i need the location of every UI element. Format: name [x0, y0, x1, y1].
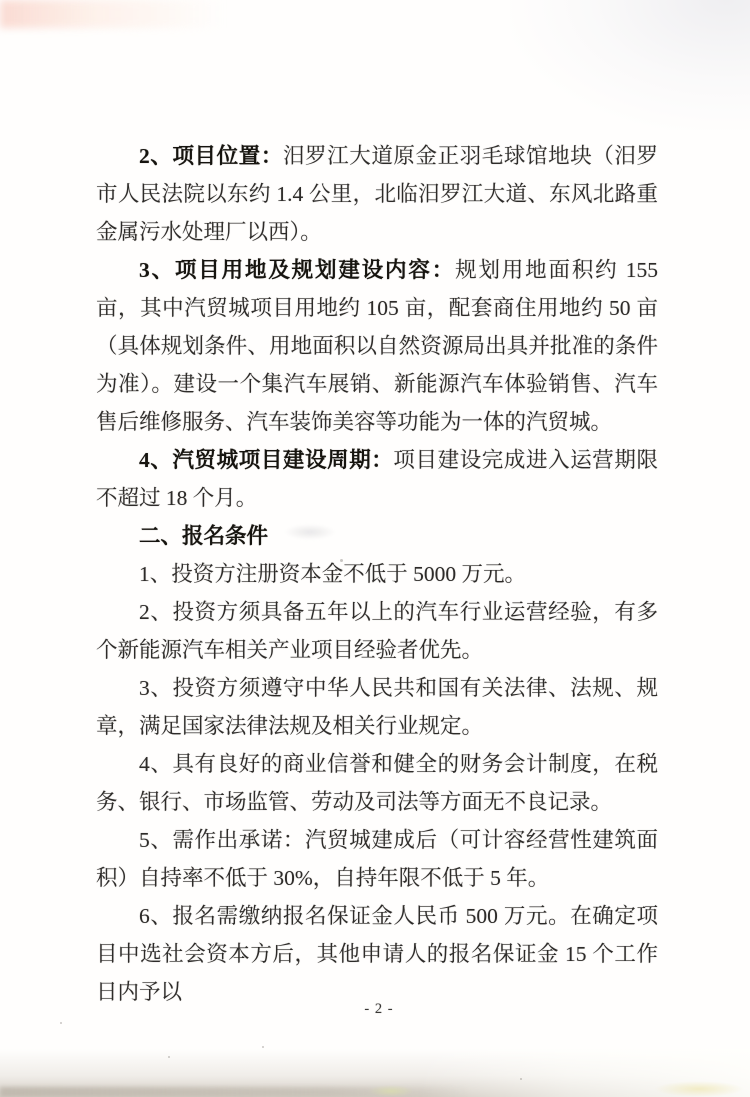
- para-lead-bold: 3、项目用地及规划建设内容：: [139, 258, 455, 282]
- condition-6: 6、报名需缴纳报名保证金人民币 500 万元。在确定项目中选社会资本方后，其他申…: [96, 897, 658, 1011]
- scan-speckle: [60, 1022, 62, 1024]
- heading-registration-conditions: 二、报名条件: [96, 517, 658, 555]
- para-text: 4、具有良好的商业信誉和健全的财务会计制度，在税务、银行、市场监管、劳动及司法等…: [96, 752, 658, 814]
- scan-artifact-top-left-pink: [0, 0, 235, 28]
- para-text: 6、报名需缴纳报名保证金人民币 500 万元。在确定项目中选社会资本方后，其他申…: [96, 904, 658, 1004]
- para-text: 规划用地面积约 155 亩，其中汽贸城项目用地约 105 亩，配套商住用地约 5…: [96, 258, 658, 434]
- condition-1: 1、投资方注册资本金不低于 5000 万元。: [96, 555, 658, 593]
- scan-artifact-top-right-gray: [510, 0, 750, 130]
- scan-stain-bottom-center: [368, 1085, 414, 1097]
- scan-speckle: [262, 1046, 264, 1048]
- scanned-document-page: 2、项目位置：汨罗江大道原金正羽毛球馆地块（汨罗市人民法院以东约 1.4 公里，…: [0, 0, 750, 1097]
- para-text: 3、投资方须遵守中华人民共和国有关法律、法规、规章，满足国家法律法规及相关行业规…: [96, 676, 658, 738]
- para-lead-bold: 4、汽贸城项目建设周期：: [139, 448, 393, 472]
- para-text: 5、需作出承诺：汽贸城建成后（可计容经营性建筑面积）自持率不低于 30%，自持年…: [96, 828, 658, 890]
- page-number: - 2 -: [364, 1001, 393, 1017]
- scan-speckle: [168, 1056, 170, 1058]
- section-heading-bold: 二、报名条件: [139, 524, 268, 548]
- para-project-location: 2、项目位置：汨罗江大道原金正羽毛球馆地块（汨罗市人民法院以东约 1.4 公里，…: [96, 137, 658, 251]
- page-footer: - 2 -: [0, 1001, 750, 1018]
- para-land-and-construction: 3、项目用地及规划建设内容：规划用地面积约 155 亩，其中汽贸城项目用地约 1…: [96, 251, 658, 441]
- condition-2: 2、投资方须具备五年以上的汽车行业运营经验，有多个新能源汽车相关产业项目经验者优…: [96, 593, 658, 669]
- condition-5: 5、需作出承诺：汽贸城建成后（可计容经营性建筑面积）自持率不低于 30%，自持年…: [96, 821, 658, 897]
- document-body: 2、项目位置：汨罗江大道原金正羽毛球馆地块（汨罗市人民法院以东约 1.4 公里，…: [96, 137, 658, 1011]
- scan-artifact-bottom-shadow: [0, 1049, 750, 1097]
- scan-artifact-bottom-light: [420, 1049, 750, 1097]
- condition-3: 3、投资方须遵守中华人民共和国有关法律、法规、规章，满足国家法律法规及相关行业规…: [96, 669, 658, 745]
- para-construction-period: 4、汽贸城项目建设周期：项目建设完成进入运营期限不超过 18 个月。: [96, 441, 658, 517]
- scan-stain-bottom-right: [654, 1081, 744, 1097]
- para-lead-bold: 2、项目位置：: [139, 144, 283, 168]
- condition-4: 4、具有良好的商业信誉和健全的财务会计制度，在税务、银行、市场监管、劳动及司法等…: [96, 745, 658, 821]
- para-text: 2、投资方须具备五年以上的汽车行业运营经验，有多个新能源汽车相关产业项目经验者优…: [96, 600, 658, 662]
- para-text: 1、投资方注册资本金不低于 5000 万元。: [139, 562, 526, 586]
- scan-artifact-bottom-edge: [0, 1087, 470, 1097]
- scan-speckle: [520, 1078, 522, 1080]
